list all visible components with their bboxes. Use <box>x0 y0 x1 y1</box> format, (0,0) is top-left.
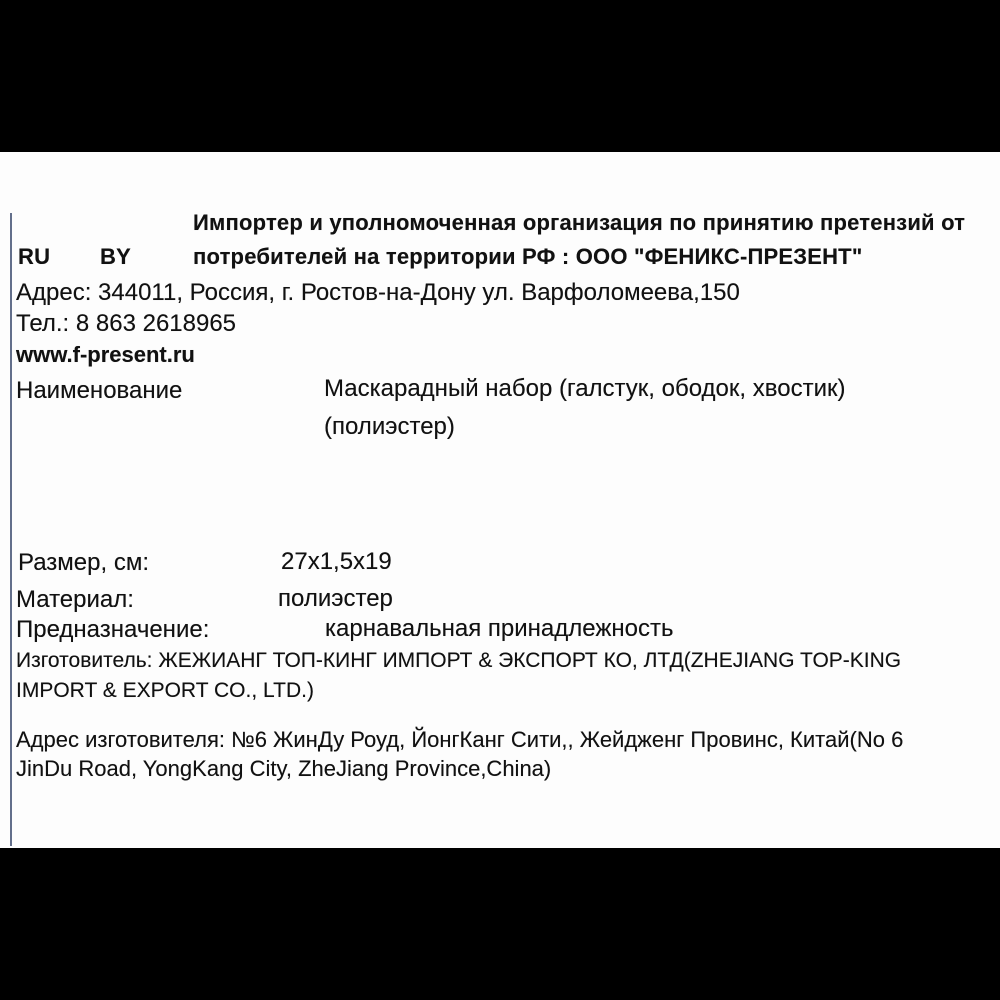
scanned-label-image: Импортер и уполномоченная организация по… <box>0 0 1000 1000</box>
product-name-value-line-2: (полиэстер) <box>324 413 455 441</box>
importer-header-line-1: Импортер и уполномоченная организация по… <box>193 210 965 235</box>
material-value: полиэстер <box>278 585 393 613</box>
importer-header-line-2: потребителей на территории РФ : ООО "ФЕН… <box>193 244 862 269</box>
label-content: Импортер и уполномоченная организация по… <box>0 152 1000 848</box>
bottom-letterbox-bar <box>0 848 1000 1000</box>
purpose-value: карнавальная принадлежность <box>325 615 674 643</box>
left-edge-rule <box>10 213 12 846</box>
purpose-label: Предназначение: <box>16 616 209 644</box>
manufacturer-address-line-2: JinDu Road, YongKang City, ZheJiang Prov… <box>16 756 551 781</box>
manufacturer-address-line-1: Адрес изготовителя: №6 ЖинДу Роуд, ЙонгК… <box>16 727 903 752</box>
product-name-value-line-1: Маскарадный набор (галстук, ободок, хвос… <box>324 375 845 403</box>
manufacturer-line-1: Изготовитель: ЖЕЖИАНГ ТОП-КИНГ ИМПОРТ & … <box>16 649 901 673</box>
size-value: 27x1,5x19 <box>281 548 392 576</box>
manufacturer-line-2: IMPORT & EXPORT CO., LTD.) <box>16 679 314 703</box>
country-code-by: BY <box>100 244 131 269</box>
importer-website-text: www.f-present.ru <box>16 342 195 367</box>
country-code-ru: RU <box>18 244 50 269</box>
size-label: Размер, см: <box>18 549 149 577</box>
importer-phone-line: Тел.: 8 863 2618965 <box>16 310 236 338</box>
material-label: Материал: <box>16 586 134 614</box>
product-name-label: Наименование <box>16 377 182 405</box>
label-sheet: Импортер и уполномоченная организация по… <box>0 152 1000 848</box>
top-letterbox-bar <box>0 0 1000 152</box>
importer-address-line: Адрес: 344011, Россия, г. Ростов-на-Дону… <box>16 279 740 307</box>
